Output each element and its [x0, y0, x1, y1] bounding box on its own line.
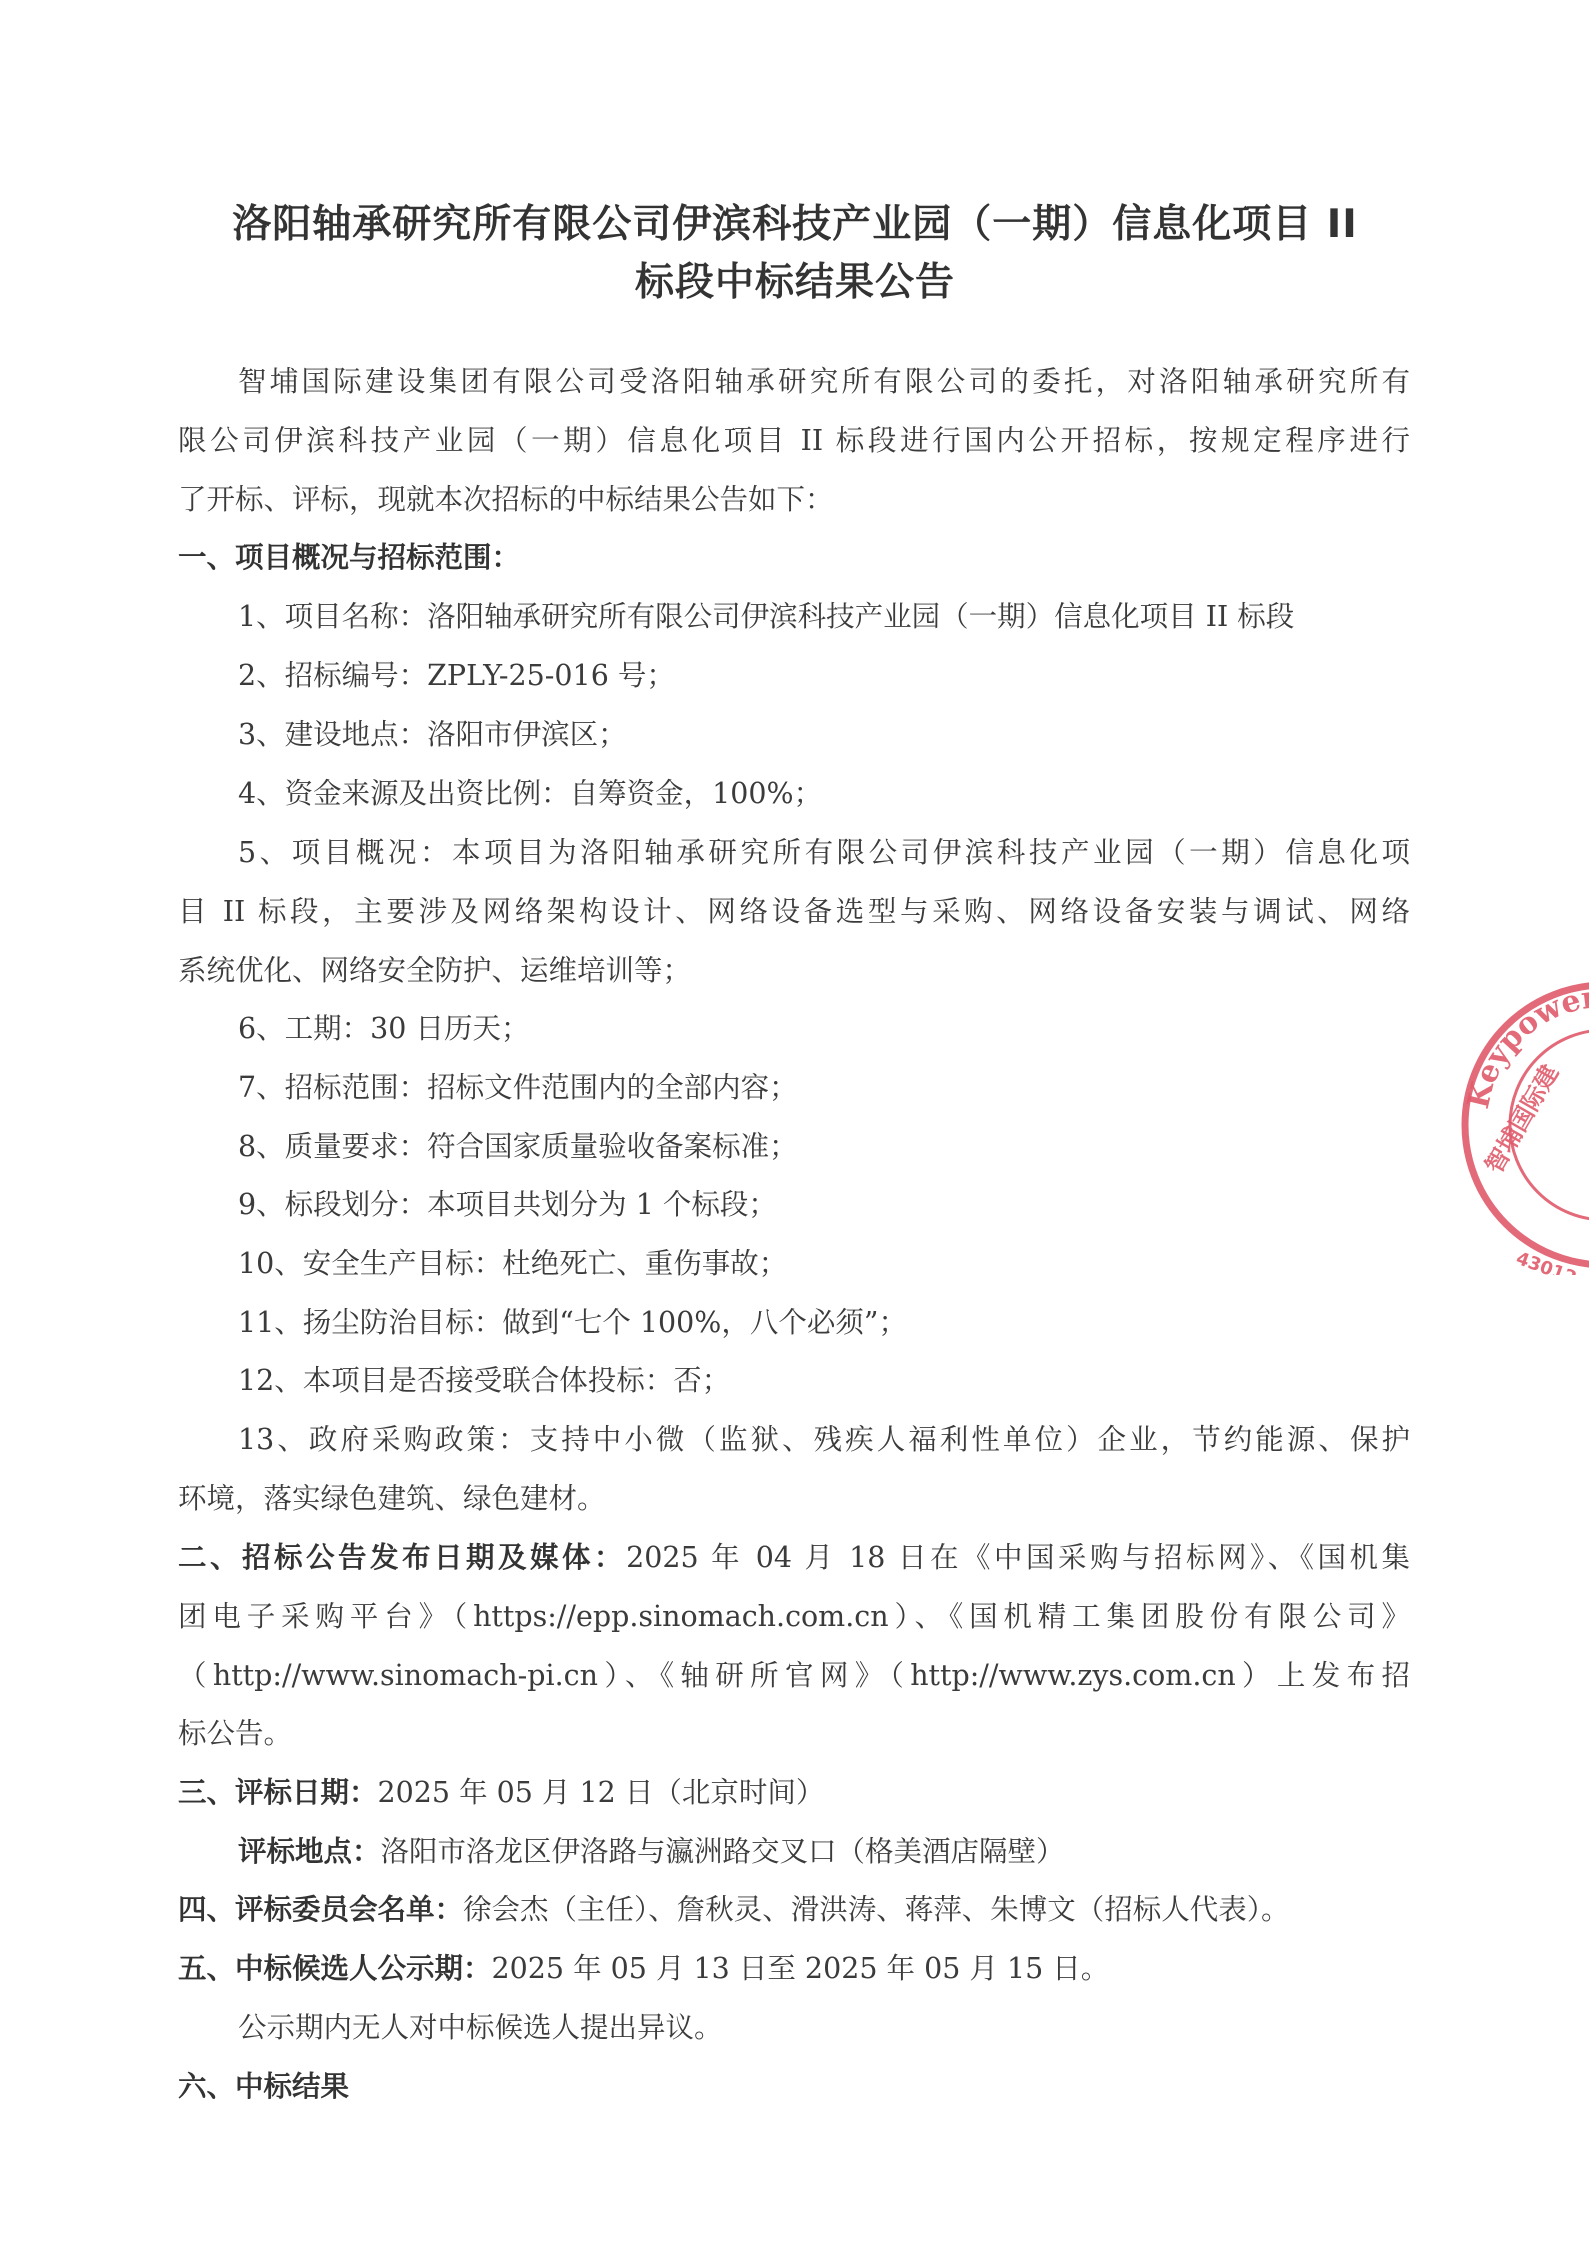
section-1-item-4: 4、资金来源及出资比例：自筹资金，100%； — [238, 774, 822, 814]
intro-line-2: 限公司伊滨科技产业园（一期）信息化项目 II 标段进行国内公开招标，按规定程序进… — [178, 421, 1410, 461]
section-5-heading: 五、中标候选人公示期： — [178, 1952, 492, 1985]
section-1-item-6: 6、工期：30 日历天； — [238, 1009, 529, 1049]
section-1-item-3: 3、建设地点：洛阳市伊滨区； — [238, 715, 627, 755]
section-4-heading: 四、评标委员会名单： — [178, 1893, 463, 1926]
title-line-2: 标段中标结果公告 — [150, 254, 1440, 312]
section-1-item-7: 7、招标范围：招标文件范围内的全部内容； — [238, 1068, 798, 1108]
title-line-1: 洛阳轴承研究所有限公司伊滨科技产业园（一期）信息化项目 II — [150, 196, 1440, 254]
section-2-line-1: 二、招标公告发布日期及媒体：2025 年 04 月 18 日在《中国采购与招标网… — [178, 1538, 1410, 1578]
section-3-heading: 三、评标日期： — [178, 1776, 378, 1809]
section-1-item-11: 11、扬尘防治目标：做到“七个 100%，八个必须”； — [238, 1303, 907, 1343]
section-5-note: 公示期内无人对中标候选人提出异议。 — [238, 2008, 723, 2048]
intro-line-1: 智埔国际建设集团有限公司受洛阳轴承研究所有限公司的委托，对洛阳轴承研究所有 — [238, 362, 1410, 402]
section-6-heading: 六、中标结果 — [178, 2067, 349, 2107]
section-1-item-5-line-1: 5、项目概况：本项目为洛阳轴承研究所有限公司伊滨科技产业园（一期）信息化项 — [238, 833, 1410, 873]
section-2-heading: 二、招标公告发布日期及媒体： — [178, 1541, 626, 1574]
intro-line-3: 了开标、评标，现就本次招标的中标结果公告如下： — [178, 480, 834, 520]
section-2-line-4: 标公告。 — [178, 1714, 292, 1754]
section-1-item-5-line-2: 目 II 标段，主要涉及网络架构设计、网络设备选型与采购、网络设备安装与调试、网… — [178, 892, 1410, 932]
section-1-item-5-line-3: 系统优化、网络安全防护、运维培训等； — [178, 951, 691, 991]
section-3-location-label: 评标地点： — [238, 1835, 381, 1868]
section-1-heading: 一、项目概况与招标范围： — [178, 538, 520, 578]
seal-icon: Keypower Internatio 智埔国际建 43012 — [1455, 975, 1589, 1275]
section-3-line-2: 评标地点：洛阳市洛龙区伊洛路与瀛洲路交叉口（格美酒店隔壁） — [238, 1832, 1065, 1872]
section-2-line-3: （http://www.sinomach-pi.cn）、《轴研所官网》（http… — [178, 1656, 1410, 1696]
section-3-date: 2025 年 05 月 12 日（北京时间） — [378, 1776, 825, 1809]
section-1-item-1: 1、项目名称：洛阳轴承研究所有限公司伊滨科技产业园（一期）信息化项目 II 标段 — [238, 597, 1294, 637]
company-seal-stamp: Keypower Internatio 智埔国际建 43012 — [1455, 975, 1589, 1275]
section-2-text-1: 2025 年 04 月 18 日在《中国采购与招标网》、《国机集 — [626, 1541, 1410, 1574]
section-1-item-10: 10、安全生产目标：杜绝死亡、重伤事故； — [238, 1244, 787, 1284]
section-2-line-2: 团电子采购平台》（https://epp.sinomach.com.cn）、《国… — [178, 1597, 1410, 1637]
section-1-item-13-line-1: 13、政府采购政策：支持中小微（监狱、残疾人福利性单位）企业，节约能源、保护 — [238, 1420, 1410, 1460]
section-5-line: 五、中标候选人公示期：2025 年 05 月 13 日至 2025 年 05 月… — [178, 1949, 1109, 1989]
document-page: 洛阳轴承研究所有限公司伊滨科技产业园（一期）信息化项目 II 标段中标结果公告 … — [0, 0, 1589, 2246]
section-1-item-12: 12、本项目是否接受联合体投标：否； — [238, 1361, 730, 1401]
document-title: 洛阳轴承研究所有限公司伊滨科技产业园（一期）信息化项目 II 标段中标结果公告 — [150, 196, 1440, 312]
section-4-line: 四、评标委员会名单：徐会杰（主任）、詹秋灵、滑洪涛、蒋萍、朱博文（招标人代表）。 — [178, 1890, 1290, 1930]
section-1-item-9: 9、标段划分：本项目共划分为 1 个标段； — [238, 1185, 777, 1225]
section-3-location: 洛阳市洛龙区伊洛路与瀛洲路交叉口（格美酒店隔壁） — [381, 1835, 1065, 1868]
section-3-line-1: 三、评标日期：2025 年 05 月 12 日（北京时间） — [178, 1773, 824, 1813]
section-5-period: 2025 年 05 月 13 日至 2025 年 05 月 15 日。 — [492, 1952, 1110, 1985]
section-1-item-8: 8、质量要求：符合国家质量验收备案标准； — [238, 1127, 798, 1167]
section-1-item-13-line-2: 环境，落实绿色建筑、绿色建材。 — [178, 1479, 606, 1519]
section-4-members: 徐会杰（主任）、詹秋灵、滑洪涛、蒋萍、朱博文（招标人代表）。 — [463, 1893, 1290, 1926]
section-1-item-2: 2、招标编号：ZPLY-25-016 号； — [238, 656, 675, 696]
